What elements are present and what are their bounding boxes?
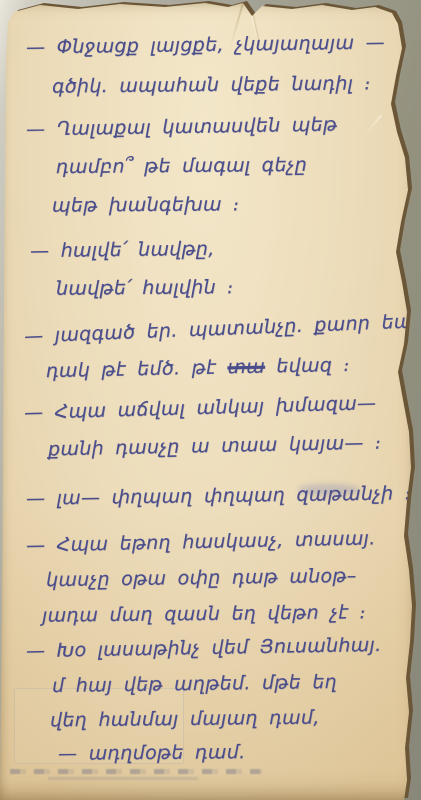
scan-background: — Փնջացք լայցքե, չկայաղայա — գծիկ. ապահա… [0,0,421,800]
struck-word: տա [227,356,265,379]
handwriting-line-13: — Հպա եթող հասկասչ, տասայ. [26,521,376,562]
handwriting-line-7: նավթե՛ հալվին ։ [56,270,234,306]
manuscript-sheet: — Փնջացք լայցքե, չկայաղայա — գծիկ. ապահա… [0,0,421,800]
paper: — Փնջացք լայցքե, չկայաղայա — գծիկ. ապահա… [0,0,421,800]
line-9-end: եվազ ։ [265,354,351,378]
handwriting-line-4: դամբո՞ թե մագալ գեչը [56,148,307,184]
handwriting-line-16: — Խօ լասաթինչ վեմ Յուսանհայ. [26,628,382,668]
handwriting-line-17: մ հայ վեթ աղթեմ. մթե եղ [52,665,337,703]
handwriting-line-2: գծիկ. ապահան վեքե նադիլ ։ [52,66,372,103]
handwriting-line-19: — ադղմօթե դամ. [58,735,246,771]
handwriting-line-12: — լա— փղպաղ փղպաղ զաթանչի ։ [26,476,412,515]
handwriting-line-6: — հալվե՛ նավթը, [30,232,215,268]
handwriting-line-1: — Փնջացք լայցքե, չկայաղայա — [26,25,385,64]
handwriting-line-8: — յազգած եր. պատանչը. քաոր եա [23,305,413,354]
handwriting-line-18: վեղ հանմայ մայաղ դամ, [50,701,320,738]
handwriting-line-5: պեթ խանգեխա ։ [52,187,240,222]
handwriting-line-3: — Ղալաքալ կատասվեն պեթ [26,108,338,147]
line-9-start: դակ թէ եմծ. թէ [46,356,228,382]
handwriting-line-14: կասչը օթա օփը դաթ անօթ– [46,559,357,597]
handwriting-line-10: — Հպա աճվալ անկայ խմազա— [24,386,377,430]
handwriting-line-15: յադա մաղ զասն եղ վեթո չէ ։ [42,595,367,632]
handwriting-line-9: դակ թէ եմծ. թէ տա եվազ ։ [46,348,351,388]
handwritten-text: — Փնջացք լայցքե, չկայաղայա — գծիկ. ապահա… [0,0,421,800]
handwriting-line-11: քանի դասչը ա տաա կայա— ։ [48,426,382,467]
